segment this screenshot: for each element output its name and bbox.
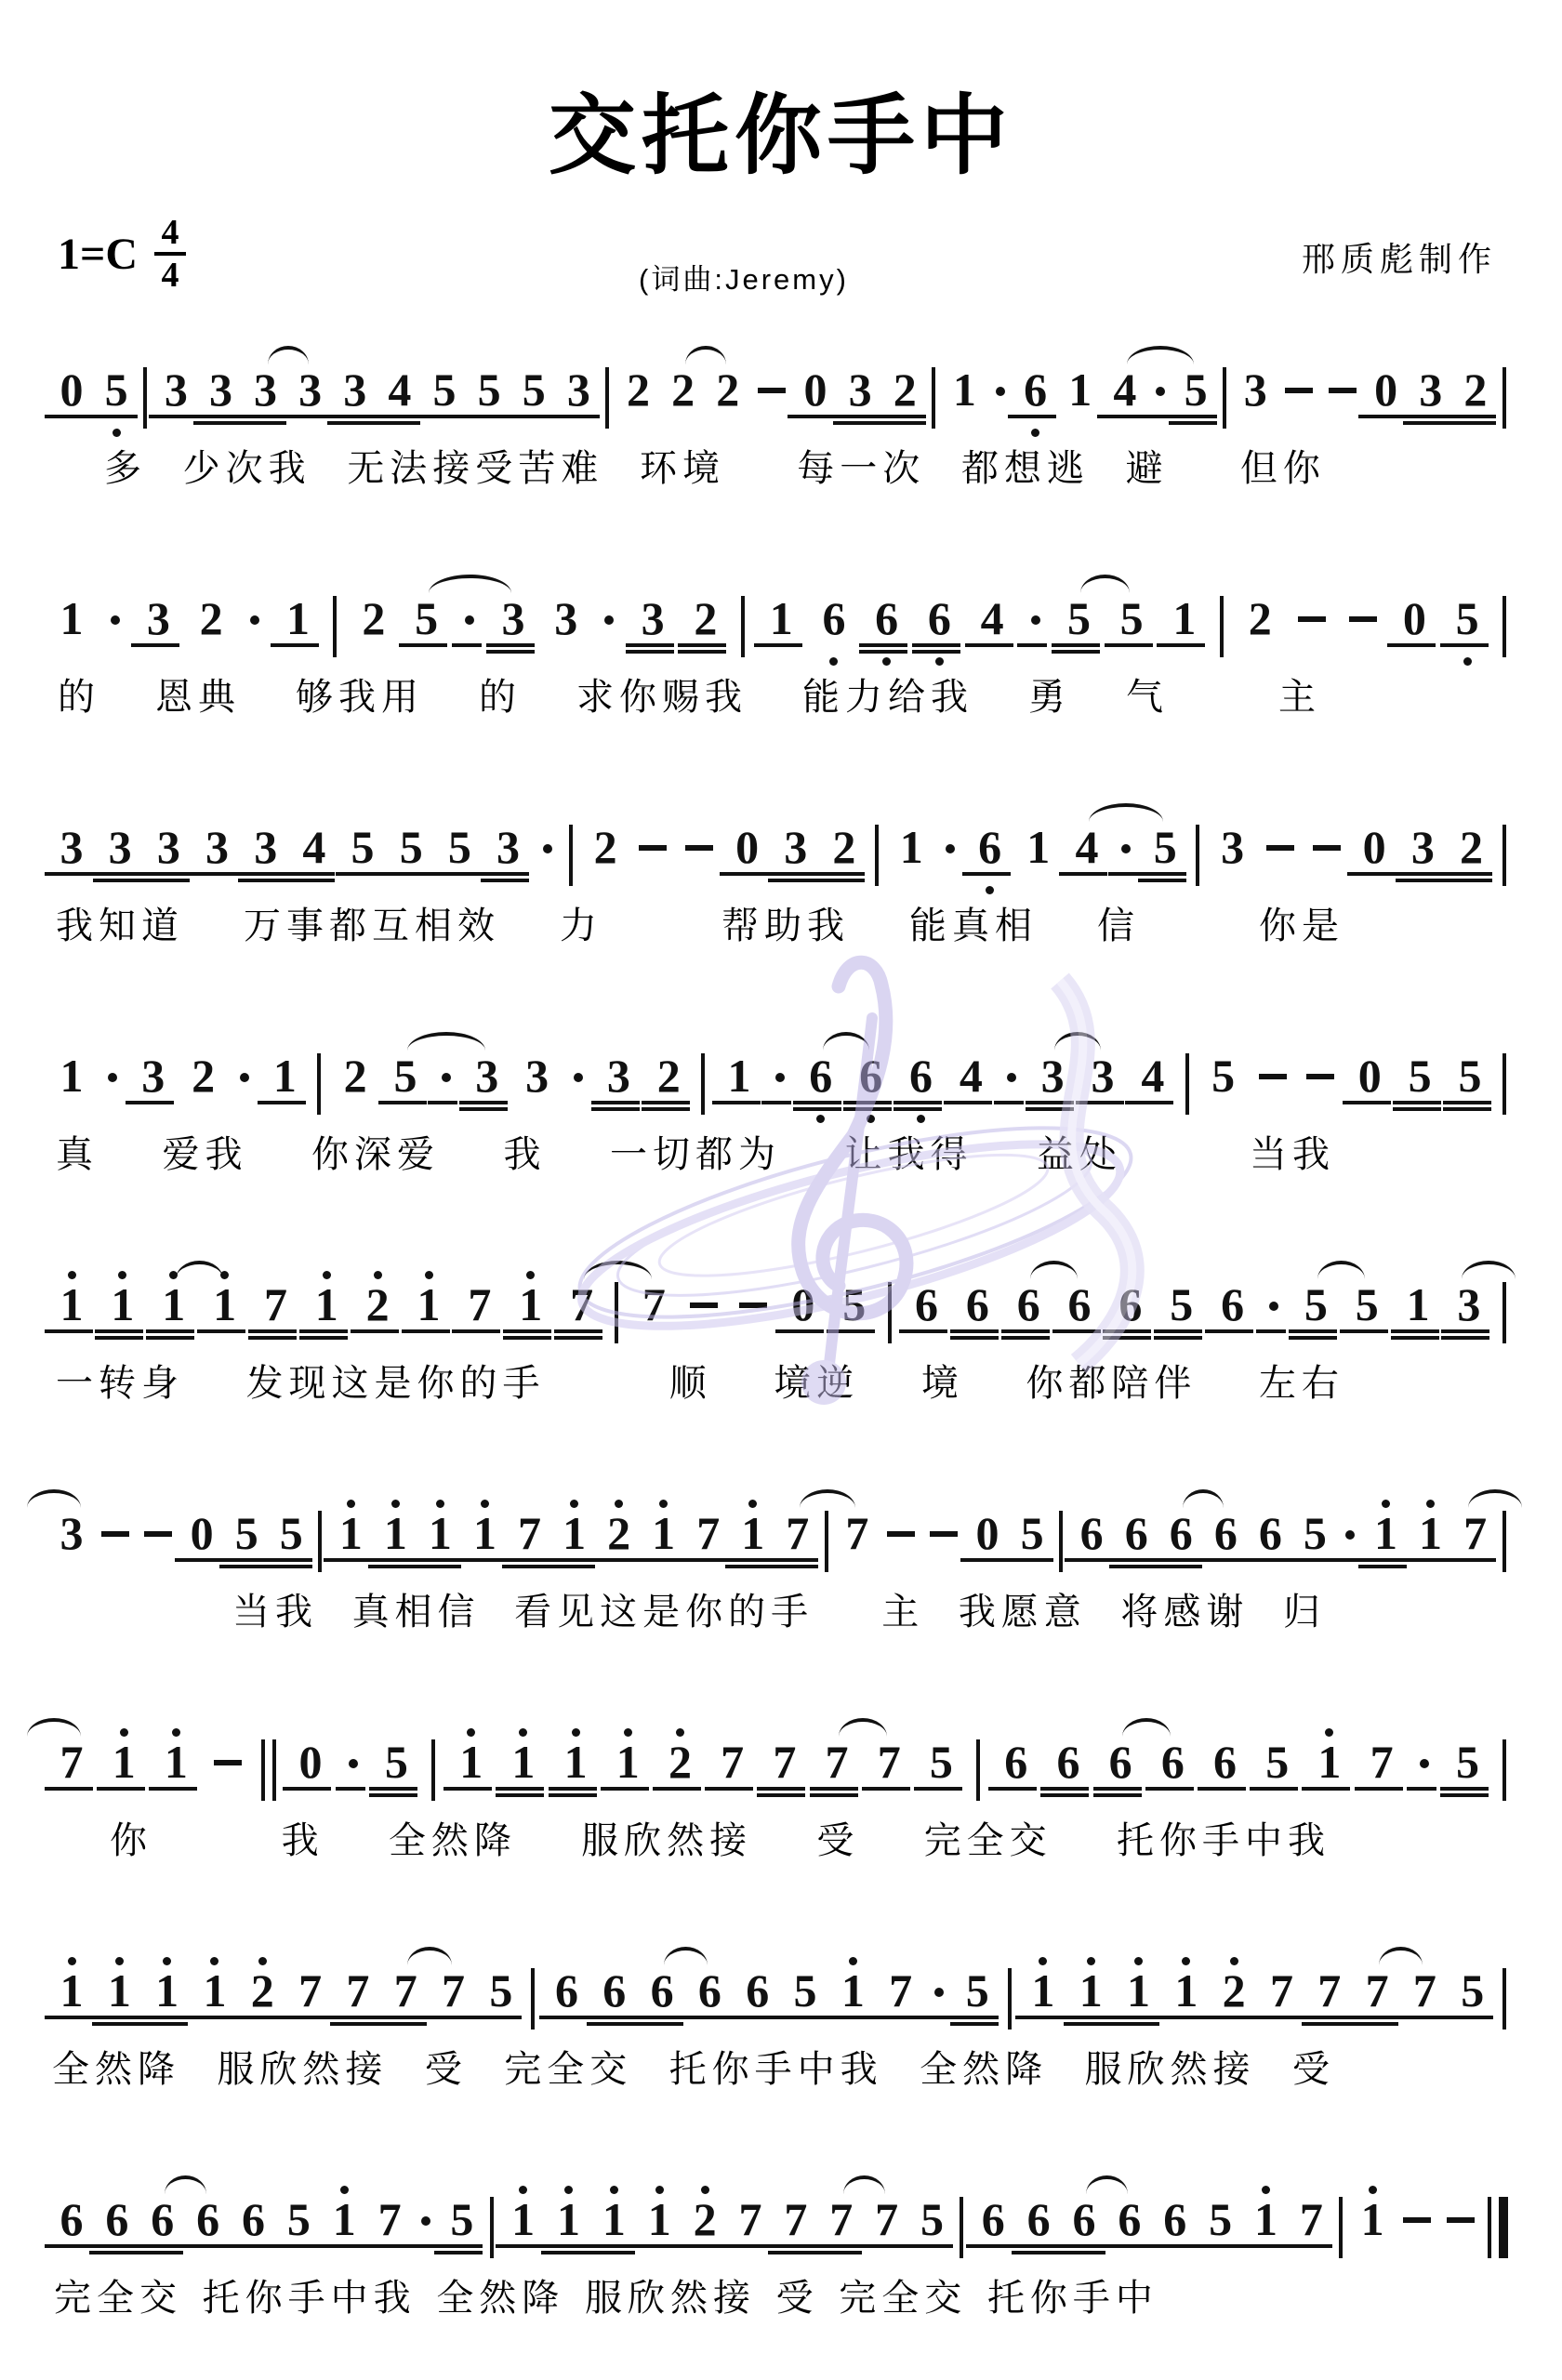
barline [1502,1035,1508,1115]
note-cell: 2 [186,1035,221,1124]
note-digit: 1 [273,1053,297,1098]
lyric-group: 够我用 [296,676,424,719]
final-barline [1488,2178,1508,2258]
octave-dot-slot [520,1035,555,1053]
note-cell: 5 [99,349,134,438]
lyric-group: 主 [1278,676,1321,719]
octave-dot-slot [54,1570,89,1581]
octave-dot-slot [715,1721,750,1739]
octave-dot-slot [558,1799,593,1810]
octave-dot-slot [1215,806,1251,825]
beam-underlines [180,2241,229,2256]
lyric-group: 恩典 [155,676,241,719]
octave-dot-slot [1074,1570,1109,1581]
octave-dot-slot [442,806,477,825]
octave-dot-above [1073,1950,1108,1968]
octave-dot-slot [436,2028,471,2039]
note-cell: 1 [735,1492,771,1581]
note-cell: 1 [54,1035,89,1124]
note-digit: 1 [900,825,923,869]
note-digit: 1 [384,1511,407,1555]
octave-dot-slot [588,806,623,825]
note-cell: 2 [887,349,922,438]
note-digit: 5 [287,2197,311,2241]
note-digit: 2 [366,1282,390,1327]
note-cell: 6 [973,806,1008,895]
note-cell: 1 [54,577,89,667]
beam-underlines [944,1098,992,1113]
note-cell: 5 [273,1492,309,1581]
beam-underlines [1355,1784,1403,1799]
note-digit: 0 [1374,367,1397,412]
notation-line: 6666651751111277775666665171 [50,2178,1512,2268]
note-cell: 3 [842,349,878,438]
octave-dot-slot [788,1950,823,1968]
octave-dot-slot [610,1799,645,1810]
note-digit: 1 [841,1968,865,2013]
lyrics-line: 完全交托你手中我全然降服欣然接受完全交托你手中 [50,2277,1512,2320]
octave-dot-slot [601,577,617,596]
note-cell: 1 [1026,1950,1061,2039]
octave-dot-slot [267,1035,302,1053]
beam-underlines [712,1098,761,1113]
octave-dot-below [854,1113,889,1124]
note-digit: 6 [1163,2197,1186,2241]
note-digit: 1 [1419,1511,1442,1555]
beam-underlines [1205,869,1253,884]
octave-dot-slot [1407,2028,1442,2039]
beam-underlines [725,1555,774,1570]
octave-dot-slot [444,2256,480,2268]
note-digit: 3 [165,367,188,412]
note-digit: 0 [803,367,827,412]
beam-underlines [336,1784,365,1799]
note-cell: 6 [1018,349,1053,438]
beam-underlines [988,1784,1037,1799]
note-digit: 6 [1080,1511,1104,1555]
octave-dot-above [1121,1950,1157,1968]
note-digit [996,367,1005,412]
beam-underlines [187,2013,235,2028]
beam-underlines [1448,412,1496,427]
note-cell: 1 [106,1721,141,1810]
augmentation-dot [1342,1492,1358,1581]
octave-dot-above [106,1721,141,1739]
octave-dot-slot [1342,1570,1358,1581]
octave-dot-slot [788,2028,823,2039]
octave-dot-slot [1413,1570,1449,1581]
octave-dot-slot [975,2178,1011,2197]
octave-dot-slot [150,2028,185,2039]
note-cell: 3 [203,349,238,438]
octave-dot-slot [798,427,833,438]
note-digit: 7 [878,1739,901,1784]
beam-underlines [1005,1555,1053,1570]
octave-dot-slot [1413,427,1449,438]
notation-line: 711051111277775666665175 [50,1721,1512,1810]
octave-dot-slot [454,1799,489,1810]
beam-underlines [1440,641,1489,655]
beam-underlines [1250,1784,1298,1799]
note-digit: 3 [254,825,277,869]
note-digit [1269,1282,1278,1327]
lyrics-line: 你我全然降服欣然接受完全交托你手中我 [50,1819,1512,1862]
note-cell: 0 [730,806,765,895]
note-cell: 3 [1238,349,1273,438]
octave-dot-above [245,1950,280,1968]
octave-dot-slot [915,2256,950,2268]
note-cell: 5 [229,1492,264,1581]
note-cell: 1 [1249,2178,1284,2268]
octave-dot-slot [1208,1799,1243,1810]
note-digit: 1 [417,1282,441,1327]
note-digit: 1 [1079,1968,1103,2013]
octave-dot-slot [894,884,929,895]
octave-dot-slot [1452,1035,1488,1053]
note-digit [946,825,955,869]
note-cell: 1 [467,1492,502,1581]
beam-underlines [45,2013,93,2028]
octave-dot-slot [1164,1263,1199,1282]
octave-dot-slot [1003,1035,1020,1053]
octave-dot-slot [908,1342,944,1353]
octave-dot-slot [200,806,235,825]
beam-underlines [45,1098,93,1113]
octave-dot-slot [417,2178,434,2197]
note-digit: 6 [966,1282,989,1327]
note-cell: 6 [597,1950,632,2039]
note-cell: 1 [333,1492,368,1581]
note-cell: 2 [360,1263,395,1353]
lyric-group: 受 [776,2277,819,2320]
octave-dot-slot [1297,1492,1332,1511]
beam-underlines [1154,1327,1202,1342]
lyric-group: 当我 [1250,1133,1335,1176]
lyric-group: 当我 [232,1591,318,1633]
note-cell: 6 [1208,1721,1243,1810]
double-barline [261,1721,276,1801]
note-cell: 6 [1021,2178,1056,2268]
note-cell: 5 [1164,1263,1199,1353]
beam-underlines [1105,641,1153,655]
note-digit: 2 [192,1053,215,1098]
octave-dot-slot [54,1799,89,1810]
note-cell: 6 [921,577,957,667]
note-cell: 6 [1113,1263,1148,1353]
octave-dot-slot [297,806,332,825]
note-cell: 2 [687,2178,722,2268]
beam-underlines [1448,1555,1496,1570]
octave-dot-slot [1249,2256,1284,2268]
octave-dot-slot [1026,2028,1061,2039]
note-digit [465,596,474,641]
note-cell: 6 [999,1721,1034,1810]
barline [531,1950,536,2030]
barline [333,577,338,657]
barline [1502,577,1508,657]
note-digit [421,2197,430,2241]
note-cell: 1 [506,1721,541,1810]
lyrics-line: 多少次我无法接受苦难环境每一次都想逃避但你 [50,447,1512,490]
beam-underlines [587,2241,635,2256]
note-digit: 3 [141,1053,165,1098]
augmentation-dot [107,577,124,667]
beam-underlines [547,1555,595,1570]
beam-underlines [328,1098,377,1113]
note-digit: 2 [894,367,917,412]
beam-underlines [541,2241,589,2256]
octave-dot-slot [992,427,1009,438]
lyric-group: 境逆 [774,1362,859,1405]
note-digit: 5 [1120,596,1144,641]
octave-dot-slot [721,1113,757,1124]
octave-dot-slot [1169,2028,1204,2039]
octave-dot-slot [883,1950,919,1968]
note-digit: 1 [1361,2197,1384,2241]
octave-dot-slot [229,1570,264,1581]
key-time-signature: 1=C 4 4 [58,215,186,293]
note-digit: 1 [113,1739,136,1784]
note-cell: 0 [798,349,833,438]
note-digit: 7 [1370,1739,1394,1784]
note-digit: 5 [930,1739,953,1784]
note-cell: 5 [442,806,477,895]
octave-dot-slot [1312,1799,1347,1810]
note-digit: 7 [826,1739,849,1784]
octave-dot-slot [140,655,176,667]
duration-dash [1282,349,1316,393]
octave-dot-slot [904,1035,939,1053]
note-digit [349,1739,358,1784]
note-digit [574,1053,583,1098]
octave-dot-slot [824,2256,859,2268]
duration-dash [1444,2178,1477,2223]
octave-dot-above [1249,2178,1284,2197]
note-cell: 1 [150,1950,185,2039]
octave-dot-below [973,884,1008,895]
octave-dot-slot [422,1570,457,1581]
beam-underlines [45,641,93,655]
note-cell: 7 [1312,1950,1347,2039]
octave-dot-above [150,1950,185,1968]
note-cell: 5 [1206,1035,1241,1124]
octave-dot-slot [1458,1570,1493,1581]
beam-underlines [378,2013,427,2028]
note-digit [604,596,614,641]
octave-dot-slot [151,806,186,825]
octave-dot-slot [539,806,556,825]
beam-underlines [1243,1555,1291,1570]
octave-dot-slot [1215,1342,1251,1353]
octave-dot-slot [193,577,229,596]
beam-underlines [413,1555,461,1570]
beam-underlines [45,412,93,427]
octave-dot-slot [1014,1570,1050,1581]
note-digit: 0 [298,1739,322,1784]
octave-dot-slot [1242,655,1277,667]
note-digit: 3 [1244,367,1267,412]
octave-dot-slot [767,1799,802,1810]
note-digit: 0 [735,825,759,869]
note-digit: 1 [165,1739,188,1784]
octave-dot-slot [646,1570,682,1581]
octave-dot-slot [326,2256,362,2268]
octave-dot-slot [601,1035,636,1053]
octave-dot-slot [158,349,193,367]
octave-dot-slot [960,1342,995,1353]
beam-underlines [843,1098,892,1113]
note-cell: 7 [293,1950,328,2039]
octave-dot-above [646,1492,682,1511]
note-digit: 1 [108,1968,131,2013]
note-cell: 0 [1369,349,1404,438]
lyric-group: 但你 [1240,447,1326,490]
octave-dot-slot [973,806,1008,825]
octave-dot-above [557,1492,592,1511]
octave-dot-above [602,1492,637,1511]
note-cell: 2 [651,1035,686,1124]
octave-dot-slot [186,1113,221,1124]
lyric-group: 看见这是你的手 [514,1591,814,1633]
beam-underlines [496,2241,544,2256]
note-cell: 2 [338,1035,373,1124]
key-label: 1=C [58,229,138,280]
note-digit: 3 [254,367,277,412]
octave-dot-slot [99,2178,135,2197]
beam-underlines [131,641,179,655]
note-cell: 3 [102,806,138,895]
barline [490,2178,496,2258]
note-digit: 3 [1221,825,1244,869]
beam-underlines [149,412,197,427]
beam-underlines [681,1555,729,1570]
note-cell: 2 [1454,806,1489,895]
octave-dot-below [816,655,852,667]
note-digit: 4 [388,367,411,412]
lyric-group: 全然降 [52,2048,180,2091]
note-digit: 3 [607,1053,630,1098]
octave-dot-slot [923,1721,959,1739]
octave-dot-slot [229,1492,264,1511]
octave-dot-slot [203,349,238,367]
duration-dash [1310,806,1344,851]
lyric-group: 都想逃 [961,447,1090,490]
octave-dot-slot [496,655,531,667]
octave-dot-slot [887,427,922,438]
octave-dot-slot [692,2028,727,2039]
note-digit: 7 [784,2197,807,2241]
beam-underlines [578,869,627,884]
octave-dot-slot [601,655,617,667]
note-cell: 2 [245,1950,280,2039]
note-digit: 5 [920,2197,944,2241]
note-cell: 5 [345,806,380,895]
octave-dot-slot [1158,2256,1193,2268]
beam-underlines [1158,2013,1207,2028]
note-digit: 1 [339,1511,363,1555]
lyric-group: 一转身 [56,1362,184,1405]
octave-dot-slot [184,1570,219,1581]
note-digit: 6 [698,1968,721,2013]
note-digit: 1 [111,1282,134,1327]
beam-underlines [627,1327,675,1342]
octave-dot-slot [915,2178,950,2197]
note-cell: 6 [740,1950,775,2039]
note-cell: 6 [99,2178,135,2268]
octave-dot-above [735,1492,771,1511]
time-denominator: 4 [162,258,179,293]
lyric-group: 服欣然接 [581,1819,752,1862]
octave-dot-slot [107,577,124,596]
note-cell: 7 [778,2178,814,2268]
note-cell: 2 [1242,577,1277,667]
octave-dot-slot [691,1492,726,1511]
octave-dot-slot [551,2256,587,2268]
duration-dash [1400,2178,1434,2223]
octave-dot-slot [894,806,929,825]
duration-dash [1304,1035,1337,1079]
beam-underlines [1254,2013,1303,2028]
note-digit: 3 [205,825,229,869]
lyric-group: 让我得 [845,1133,973,1176]
octave-dot-slot [345,806,380,825]
beam-underlines [1207,2013,1255,2028]
octave-dot-slot [1298,1342,1333,1353]
notation-line: 132125333216664551205 [50,577,1512,667]
beam-underlines [271,641,319,655]
lyric-group: 受 [1292,2048,1335,2091]
beam-underlines [434,2241,483,2256]
note-cell: 5 [378,1721,414,1810]
lyric-group: 环境 [640,447,725,490]
octave-dot-slot [730,806,765,825]
barline [1008,1950,1013,2030]
lyric-group: 受 [816,1819,859,1862]
note-cell: 1 [642,2178,677,2268]
beam-underlines [775,1327,824,1342]
note-cell: 1 [101,1950,137,2039]
note-digit: 7 [1463,1511,1487,1555]
beam-underlines [912,641,960,655]
octave-dot-slot [1312,1950,1347,1968]
note-digit: 2 [627,367,650,412]
barline [888,1263,894,1343]
beam-underlines [372,412,420,427]
note-cell: 5 [471,349,507,438]
note-digit: 5 [1021,1511,1044,1555]
note-digit: 1 [286,596,310,641]
note-cell: 1 [197,1950,232,2039]
note-cell: 7 [372,2178,407,2268]
augmentation-dot [931,1950,947,2039]
lyric-group: 全然降 [920,2048,1048,2091]
note-digit: 7 [845,1511,868,1555]
note-digit: 5 [1304,1511,1327,1555]
beam-underlines [793,1098,841,1113]
octave-dot-slot [1074,1492,1109,1511]
duration-dash [682,806,716,851]
note-digit: 1 [155,1968,179,2013]
beam-underlines [496,1784,544,1799]
octave-dot-slot [1264,2028,1299,2039]
note-cell: 7 [1364,1721,1399,1810]
octave-dot-slot [1119,1570,1154,1581]
note-digit: 1 [473,1511,496,1555]
beam-underlines [135,2241,183,2256]
octave-dot-slot [258,1263,293,1282]
octave-dot-slot [491,884,526,895]
beam-underlines [363,2241,411,2256]
